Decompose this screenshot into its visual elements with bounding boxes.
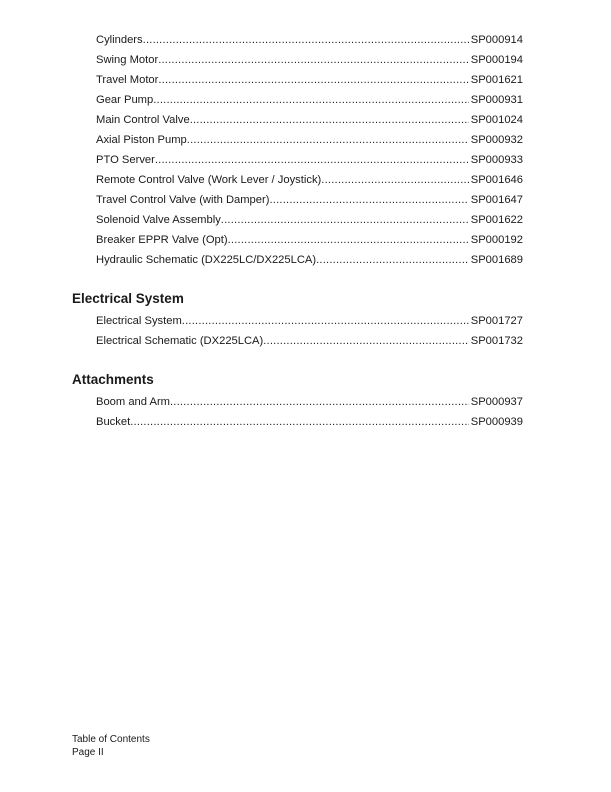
toc-entry-code: SP000933 [469, 152, 523, 168]
toc-entry-electrical-schematic[interactable]: Electrical Schematic (DX225LCA) SP001732 [96, 333, 523, 349]
toc-entry-code: SP001647 [469, 192, 523, 208]
toc-entry-code: SP001727 [469, 313, 523, 329]
toc-entry-title: Travel Motor [96, 72, 158, 88]
toc-entry-breaker-eppr-valve[interactable]: Breaker EPPR Valve (Opt) SP000192 [96, 232, 523, 248]
toc-entry-travel-control-valve[interactable]: Travel Control Valve (with Damper) SP001… [96, 192, 523, 208]
section-heading-attachments: Attachments [72, 371, 154, 389]
dot-leader [158, 52, 469, 68]
dot-leader [170, 394, 469, 410]
toc-entry-gear-pump[interactable]: Gear Pump SP000931 [96, 92, 523, 108]
page-footer: Table of Contents Page II [72, 733, 150, 759]
toc-entry-main-control-valve[interactable]: Main Control Valve SP001024 [96, 112, 523, 128]
toc-entry-title: Cylinders [96, 32, 143, 48]
toc-entry-code: SP001622 [469, 212, 523, 228]
toc-entry-title: Hydraulic Schematic (DX225LC/DX225LCA) [96, 252, 316, 268]
toc-entry-swing-motor[interactable]: Swing Motor SP000194 [96, 52, 523, 68]
section-heading-electrical-system: Electrical System [72, 290, 184, 308]
toc-entry-code: SP001732 [469, 333, 523, 349]
toc-entry-title: Travel Control Valve (with Damper) [96, 192, 269, 208]
toc-entry-title: Remote Control Valve (Work Lever / Joyst… [96, 172, 321, 188]
document-page: Cylinders SP000914 Swing Motor SP000194 … [0, 0, 611, 792]
dot-leader [130, 414, 469, 430]
toc-entry-title: Solenoid Valve Assembly [96, 212, 221, 228]
toc-entry-code: SP000939 [469, 414, 523, 430]
dot-leader [269, 192, 468, 208]
footer-document-title: Table of Contents [72, 733, 150, 746]
dot-leader [182, 313, 469, 329]
toc-entry-title: PTO Server [96, 152, 155, 168]
toc-entry-code: SP001621 [469, 72, 523, 88]
dot-leader [153, 92, 469, 108]
toc-entry-title: Electrical System [96, 313, 182, 329]
dot-leader [158, 72, 468, 88]
toc-entry-hydraulic-schematic[interactable]: Hydraulic Schematic (DX225LC/DX225LCA) S… [96, 252, 523, 268]
toc-entry-code: SP001024 [469, 112, 523, 128]
dot-leader [155, 152, 469, 168]
toc-entry-title: Gear Pump [96, 92, 153, 108]
toc-entry-axial-piston-pump[interactable]: Axial Piston Pump SP000932 [96, 132, 523, 148]
dot-leader [321, 172, 468, 188]
dot-leader [316, 252, 469, 268]
dot-leader [228, 232, 469, 248]
toc-entry-code: SP000192 [469, 232, 523, 248]
toc-entry-boom-and-arm[interactable]: Boom and Arm SP000937 [96, 394, 523, 410]
toc-entry-title: Main Control Valve [96, 112, 190, 128]
toc-entry-title: Electrical Schematic (DX225LCA) [96, 333, 263, 349]
toc-entry-title: Boom and Arm [96, 394, 170, 410]
toc-entry-code: SP000194 [469, 52, 523, 68]
toc-entry-code: SP000914 [469, 32, 523, 48]
toc-entry-code: SP001689 [469, 252, 523, 268]
toc-entry-code: SP000931 [469, 92, 523, 108]
toc-entry-remote-control-valve[interactable]: Remote Control Valve (Work Lever / Joyst… [96, 172, 523, 188]
dot-leader [190, 112, 469, 128]
toc-entry-pto-server[interactable]: PTO Server SP000933 [96, 152, 523, 168]
toc-entry-title: Axial Piston Pump [96, 132, 187, 148]
toc-entry-code: SP001646 [469, 172, 523, 188]
toc-entry-title: Bucket [96, 414, 130, 430]
footer-page-number: Page II [72, 746, 150, 759]
toc-entry-code: SP000932 [469, 132, 523, 148]
toc-entry-cylinders[interactable]: Cylinders SP000914 [96, 32, 523, 48]
dot-leader [143, 32, 469, 48]
dot-leader [221, 212, 469, 228]
toc-entry-travel-motor[interactable]: Travel Motor SP001621 [96, 72, 523, 88]
toc-entry-code: SP000937 [469, 394, 523, 410]
toc-entry-solenoid-valve-assembly[interactable]: Solenoid Valve Assembly SP001622 [96, 212, 523, 228]
toc-entry-title: Swing Motor [96, 52, 158, 68]
toc-entry-electrical-system[interactable]: Electrical System SP001727 [96, 313, 523, 329]
dot-leader [263, 333, 468, 349]
toc-entry-title: Breaker EPPR Valve (Opt) [96, 232, 228, 248]
dot-leader [187, 132, 469, 148]
toc-entry-bucket[interactable]: Bucket SP000939 [96, 414, 523, 430]
